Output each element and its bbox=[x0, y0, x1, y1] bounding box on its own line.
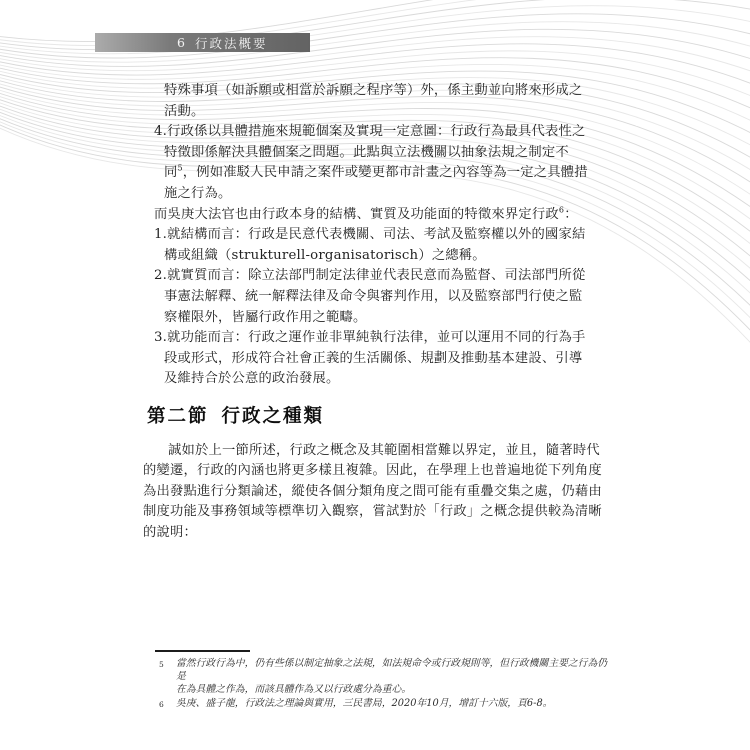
section-label: 第二節 bbox=[147, 405, 209, 426]
page-number: 6 bbox=[177, 35, 185, 50]
footnote-6-text: 吳庚、盛子龍，行政法之理論與實用，三民書局，2020年10月，增訂十六版，頁6-… bbox=[176, 697, 610, 711]
text-segment: 同 bbox=[164, 165, 178, 180]
list-item-3-line: 3.就功能而言：行政之運作並非單純執行法律，並可以運用不同的行為手 bbox=[154, 328, 613, 349]
paragraph-line: 的說明： bbox=[143, 523, 613, 543]
list-item-1-line: 構或組織（strukturell-organisatorisch）之總稱。 bbox=[164, 246, 613, 267]
text-segment: 而吳庚大法官也由行政本身的結構、實質及功能面的特徵來界定行政 bbox=[154, 207, 559, 222]
footnote-line: 當然行政行為中，仍有些係以制定抽象之法規，如法規命令或行政規則等，但行政機關主要… bbox=[176, 657, 610, 683]
list-item-2-line: 察權限外，皆屬行政作用之範疇。 bbox=[164, 308, 613, 329]
book-title: 行政法概要 bbox=[195, 34, 268, 52]
section-title: 行政之種類 bbox=[222, 405, 325, 426]
footnote-5: 5 當然行政行為中，仍有些係以制定抽象之法規，如法規命令或行政規則等，但行政機關… bbox=[155, 657, 610, 697]
footnote-5-marker: 5 bbox=[155, 657, 176, 697]
text-segment: ，例如准駁人民申請之案件或變更都市計畫之內容等為一定之具體措 bbox=[183, 165, 588, 180]
footnote-line: 吳庚、盛子龍，行政法之理論與實用，三民書局，2020年10月，增訂十六版，頁6-… bbox=[176, 697, 610, 710]
section-paragraph: 誠如於上一節所述，行政之概念及其範圍相當難以界定，並且，隨著時代 的變遷，行政的… bbox=[143, 441, 613, 543]
paragraph-line: 為出發點進行分類論述，縱使各個分類角度之間可能有重疊交集之處，仍藉由 bbox=[143, 482, 613, 502]
footnote-6-marker: 6 bbox=[155, 697, 176, 711]
list-item-1-line: 1.就結構而言：行政是民意代表機關、司法、考試及監察權以外的國家結 bbox=[154, 225, 613, 246]
text-line: 活動。 bbox=[164, 102, 613, 123]
list-item-3-line: 及維持合於公意的政治發展。 bbox=[164, 369, 613, 390]
footnotes-area: 5 當然行政行為中，仍有些係以制定抽象之法規，如法規命令或行政規則等，但行政機關… bbox=[155, 650, 610, 711]
paragraph-line: 制度功能及事務領域等標準切入觀察，嘗試對於「行政」之概念提供較為清晰 bbox=[143, 502, 613, 522]
intro-line: 而吳庚大法官也由行政本身的結構、實質及功能面的特徵來界定行政6： bbox=[154, 205, 613, 226]
list-item-4-line: 特徵即係解決具體個案之問題。此點與立法機關以抽象法規之制定不 bbox=[164, 143, 613, 164]
paragraph-line: 的變遷，行政的內涵也將更多樣且複雜。因此，在學理上也普遍地從下列角度 bbox=[143, 461, 613, 481]
text-line: 特殊事項（如訴願或相當於訴願之程序等）外，係主動並向將來形成之 bbox=[164, 81, 613, 102]
list-item-4-line: 同5，例如准駁人民申請之案件或變更都市計畫之內容等為一定之具體措 bbox=[164, 163, 613, 184]
page-header-bar: 6 行政法概要 bbox=[95, 33, 310, 52]
footnote-6: 6 吳庚、盛子龍，行政法之理論與實用，三民書局，2020年10月，增訂十六版，頁… bbox=[155, 697, 610, 711]
list-item-3-line: 段或形式，形成符合社會正義的生活關係、規劃及推動基本建設、引導 bbox=[164, 349, 613, 370]
list-item-2-line: 2.就實質而言：除立法部門制定法律並代表民意而為監督、司法部門所從 bbox=[154, 266, 613, 287]
list-item-2-line: 事憲法解釋、統一解釋法律及命令與審判作用，以及監察部門行使之監 bbox=[164, 287, 613, 308]
text-segment: ： bbox=[564, 207, 578, 222]
body-text-block: 特殊事項（如訴願或相當於訴願之程序等）外，係主動並向將來形成之 活動。 4.行政… bbox=[143, 81, 613, 390]
list-item-4-line: 4.行政係以具體措施來規範個案及實現一定意圖：行政行為最具代表性之 bbox=[154, 122, 613, 143]
section-heading: 第二節行政之種類 bbox=[147, 402, 324, 428]
book-page: 6 行政法概要 特殊事項（如訴願或相當於訴願之程序等）外，係主動並向將來形成之 … bbox=[0, 0, 750, 750]
footnote-5-text: 當然行政行為中，仍有些係以制定抽象之法規，如法規命令或行政規則等，但行政機關主要… bbox=[176, 657, 610, 697]
footnote-separator bbox=[155, 650, 250, 652]
paragraph-line: 誠如於上一節所述，行政之概念及其範圍相當難以界定，並且，隨著時代 bbox=[143, 441, 613, 461]
footnote-line: 在為具體之作為，而該具體作為又以行政處分為重心。 bbox=[176, 683, 610, 696]
list-item-4-line: 施之行為。 bbox=[164, 184, 613, 205]
